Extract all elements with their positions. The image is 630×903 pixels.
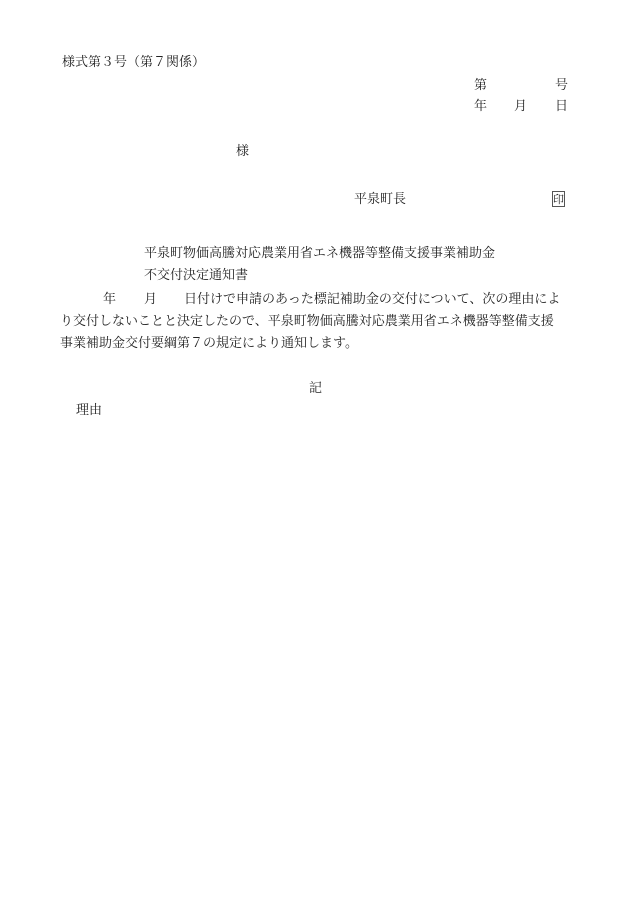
ki-heading: 記	[309, 381, 322, 397]
document-title-line1: 平泉町物価高騰対応農業用省エネ機器等整備支援事業補助金	[144, 246, 495, 262]
reason-label: 理由	[76, 403, 102, 419]
date-day: 日	[555, 99, 568, 115]
document-number-prefix: 第	[474, 78, 487, 94]
body-line3: 事業補助金交付要綱第７の規定により通知します。	[60, 336, 358, 352]
document-number-suffix: 号	[555, 78, 568, 94]
document-title-line2: 不交付決定通知書	[144, 268, 248, 284]
seal-icon: 印	[552, 191, 565, 207]
form-label: 様式第３号（第７関係）	[62, 55, 205, 71]
body-line1: 日付けで申請のあった標記補助金の交付について、次の理由によ	[184, 292, 560, 308]
date-month: 月	[514, 99, 527, 115]
body-month: 月	[144, 292, 157, 308]
date-year: 年	[474, 99, 487, 115]
body-line2: り交付しないことと決定したので、平泉町物価高騰対応農業用省エネ機器等整備支援	[60, 314, 554, 330]
body-year: 年	[103, 292, 116, 308]
addressee-honorific: 様	[236, 144, 249, 160]
issuer-name: 平泉町長	[354, 192, 406, 208]
